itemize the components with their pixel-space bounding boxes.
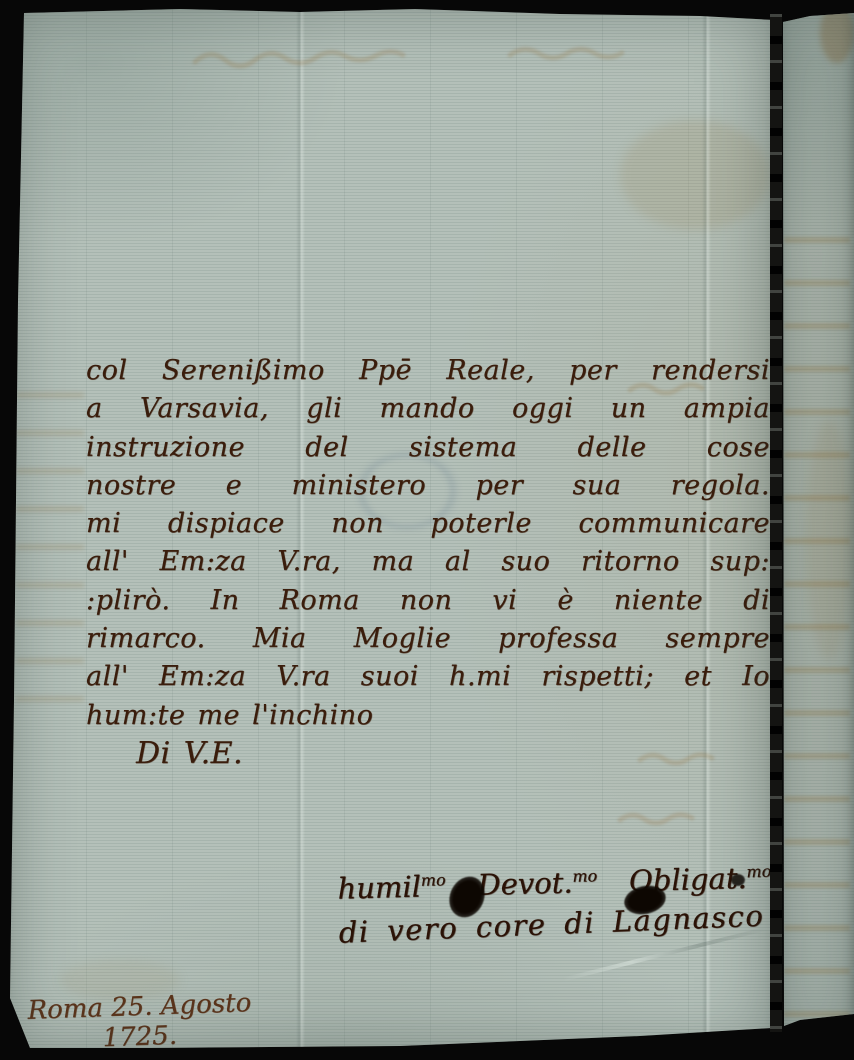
adjacent-page-edge xyxy=(778,0,854,1060)
binding-gap-stitches xyxy=(770,14,782,1032)
letter-page: col Serenißimo Ppē Reale, per rendersi a… xyxy=(0,0,778,1060)
page-edge-shadow xyxy=(0,0,778,1060)
page-edge-shadow xyxy=(778,0,854,1060)
scan-background: col Serenißimo Ppē Reale, per rendersi a… xyxy=(0,0,854,1060)
